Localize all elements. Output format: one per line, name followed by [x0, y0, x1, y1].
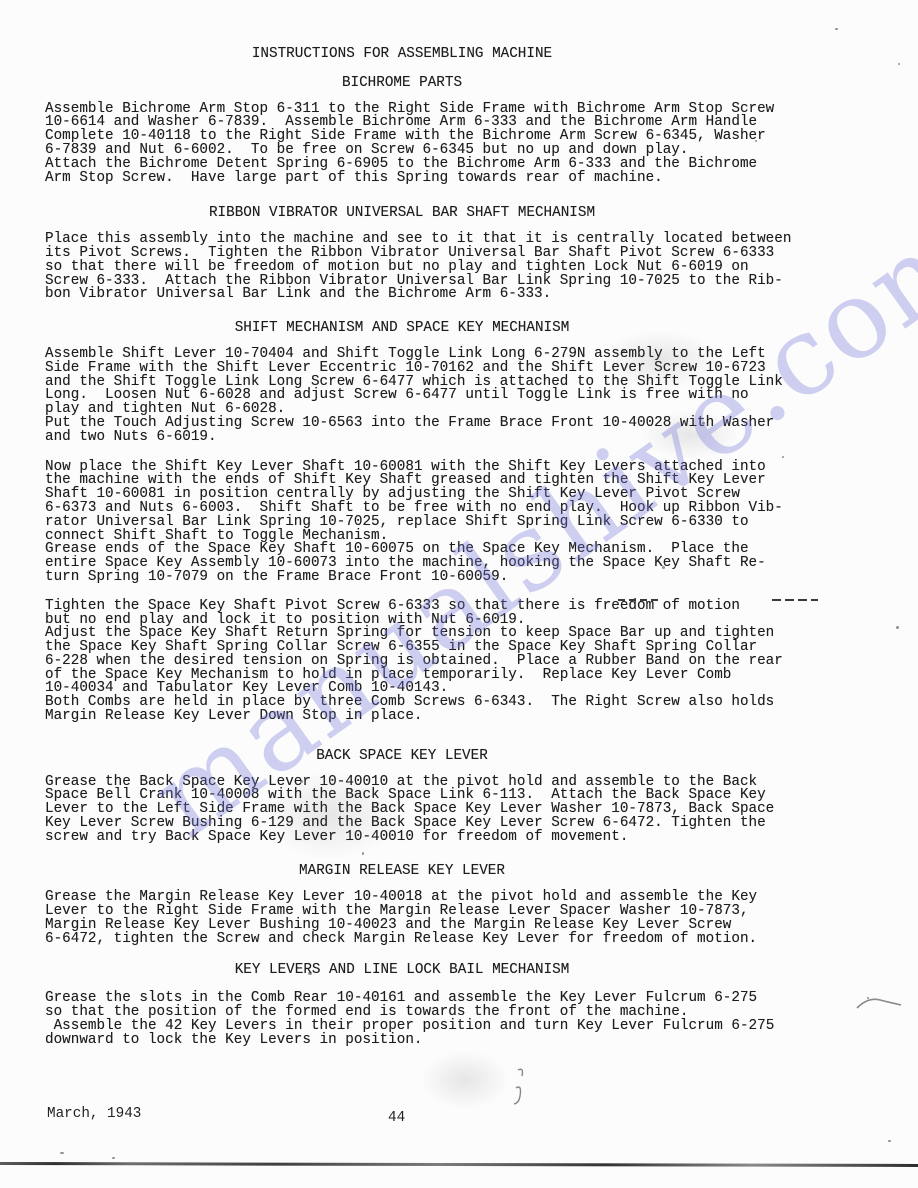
section-heading-back-space-key-lever: BACK SPACE KEY LEVER	[45, 750, 793, 764]
scan-speck	[896, 626, 899, 629]
page-title: INSTRUCTIONS FOR ASSEMBLING MACHINE	[45, 48, 793, 62]
scan-speck	[362, 852, 364, 855]
paragraph-key-levers-line-lock: Grease the slots in the Comb Rear 10-401…	[45, 992, 793, 1047]
scan-smudge	[260, 770, 400, 860]
scan-artifact-squiggle	[508, 1066, 534, 1106]
paragraph-back-space-key-lever: Grease the Back Space Key Lever 10-40010…	[45, 776, 793, 845]
scan-speck	[702, 422, 705, 424]
scan-speck	[755, 140, 757, 142]
scan-speck	[622, 350, 625, 353]
document-body: INSTRUCTIONS FOR ASSEMBLING MACHINE BICH…	[45, 48, 793, 1048]
scan-speck	[782, 456, 784, 458]
scan-speck	[60, 1152, 64, 1154]
scan-artifact-underline-dash	[618, 599, 658, 601]
footer-page-number: 44	[388, 1110, 405, 1126]
scan-speck	[835, 28, 838, 30]
scan-speck	[112, 1157, 115, 1159]
scan-artifact-pen-flick	[854, 992, 904, 1014]
scan-speck	[662, 566, 665, 569]
scan-speck	[300, 780, 303, 783]
section-heading-ribbon-vibrator: RIBBON VIBRATOR UNIVERSAL BAR SHAFT MECH…	[45, 207, 793, 221]
scan-speck	[308, 972, 312, 975]
scan-smudge	[420, 1050, 510, 1110]
scan-artifact-bottom-line	[0, 1162, 918, 1167]
paragraph-bichrome-parts: Assemble Bichrome Arm Stop 6-311 to the …	[45, 103, 793, 186]
paragraph-margin-release-key-lever: Grease the Margin Release Key Lever 10-4…	[45, 891, 793, 946]
footer-date: March, 1943	[47, 1106, 141, 1122]
section-heading-bichrome-parts: BICHROME PARTS	[45, 77, 793, 91]
paragraph-shift-mechanism-2: Now place the Shift Key Lever Shaft 10-6…	[45, 461, 793, 585]
scan-smudge	[640, 410, 740, 460]
section-heading-key-levers-line-lock: KEY LEVERS AND LINE LOCK BAIL MECHANISM	[45, 964, 793, 978]
paragraph-shift-mechanism-3: Tighten the Space Key Shaft Pivot Screw …	[45, 600, 793, 724]
section-heading-margin-release-key-lever: MARGIN RELEASE KEY LEVER	[45, 865, 793, 879]
paragraph-ribbon-vibrator: Place this assembly into the machine and…	[45, 233, 793, 302]
scan-smudge	[600, 330, 720, 390]
scan-speck	[252, 906, 254, 908]
scanned-document-page: INSTRUCTIONS FOR ASSEMBLING MACHINE BICH…	[0, 0, 918, 1188]
scan-speck	[898, 63, 900, 65]
scan-artifact-underline-dash	[772, 599, 818, 601]
scan-speck	[888, 1140, 891, 1142]
